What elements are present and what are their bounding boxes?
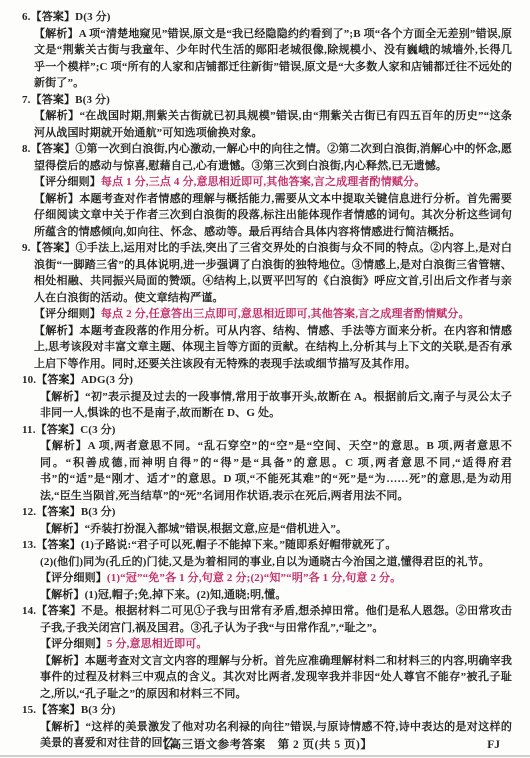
scan-bottom-edge <box>0 755 530 757</box>
answer-item-6: 6.【答案】D(3 分)【解析】A 项“清楚地窥见”错误,原文是“我已经隐隐约约… <box>22 9 512 92</box>
item-number: 12. <box>22 506 36 518</box>
block-text: (1)“冠”“免”各 1 分,句意 2 分;(2)“知”“明”各 1 分,句意 … <box>107 572 401 584</box>
block-text: ①手法上,运用对比的手法,突出了三省交界处的白浪街与众不同的特点。②内容上,是对… <box>34 242 512 304</box>
block-label: 【解析】 <box>34 28 79 40</box>
block-label: 【评分细则】 <box>34 308 101 320</box>
item-number: 10. <box>22 374 36 386</box>
block-text: B(3 分) <box>75 94 110 106</box>
item-number: 8. <box>22 143 31 155</box>
block-text: “乔装打扮混入都城”错误,根据文意,应是“借机进入”。 <box>85 523 348 535</box>
answer-line: 12.【答案】B(3 分) <box>40 504 512 521</box>
pingfen-line: 【评分细则】5 分,意思相近即可。 <box>40 636 512 653</box>
block-label: 【答案】 <box>31 94 76 106</box>
block-text: ①第一次到白浪街,内心激动,一解心中的向往之情。②第二次到白浪街,消解心中的怀念… <box>34 143 512 172</box>
item-number: 6. <box>22 11 31 23</box>
cont-line: (2)(他们)同为(孔丘的)门徒,又是为着相同的事业,自以为通晓古今治国之道,懂… <box>40 554 512 571</box>
block-label: 【答案】 <box>36 374 81 386</box>
jiexi-line: 【解析】本题考查对作者情感的理解与概括能力,需要从文本中提取关键信息进行分析。首… <box>34 191 512 241</box>
answer-line: 14.【答案】不是。根据材料二可见①子我与田常有矛盾,想杀掉田常。他们是私人恩怨… <box>40 603 512 636</box>
answer-line: 8.【答案】①第一次到白浪街,内心激动,一解心中的向往之情。②第二次到白浪街,消… <box>34 141 512 174</box>
block-text: “初”表示提及过去的一段事情,常用于故事开头,故断在 A。根据前后文,南子与灵公… <box>40 391 512 420</box>
block-text: C(3 分) <box>80 424 115 436</box>
block-label: 【解析】 <box>34 193 79 205</box>
block-label: 【评分细则】 <box>34 176 101 188</box>
scanned-answer-key-page: { "doc": { "title": "高三语文参考答案", "footer_… <box>0 0 530 758</box>
jiexi-line: 【解析】A 项,两者意思不同。“乱石穿空”的“空”是“空间、天空”的意思。B 项… <box>40 438 512 504</box>
block-text: 不是。根据材料二可见①子我与田常有矛盾,想杀掉田常。他们是私人恩怨。②田常攻击子… <box>40 605 512 634</box>
answer-item-10: 10.【答案】ADG(3 分)【解析】“初”表示提及过去的一段事情,常用于故事开… <box>22 372 512 422</box>
answer-items-container: 6.【答案】D(3 分)【解析】A 项“清楚地窥见”错误,原文是“我已经隐隐约约… <box>22 9 512 752</box>
block-text: 每点 1 分,三点 4 分,意思相近即可,其他答案,言之成理者酌情赋分。 <box>101 176 425 188</box>
answer-item-14: 14.【答案】不是。根据材料二可见①子我与田常有矛盾,想杀掉田常。他们是私人恩怨… <box>22 603 512 702</box>
block-text: B(3 分) <box>81 506 116 518</box>
jiexi-line: 【解析】(1)冠,帽子;免,掉下来。(2)知,通晓;明,懂。 <box>40 587 512 604</box>
pingfen-line: 【评分细则】每点 1 分,三点 4 分,意思相近即可,其他答案,言之成理者酌情赋… <box>34 174 512 191</box>
answer-line: 11.【答案】C(3 分) <box>40 422 512 439</box>
block-text: B(3 分) <box>81 704 116 716</box>
document-page: 6.【答案】D(3 分)【解析】A 项“清楚地窥见”错误,原文是“我已经隐隐约约… <box>0 0 530 758</box>
block-label: 【答案】 <box>36 506 81 518</box>
block-text: A 项,两者意思不同。“乱石穿空”的“空”是“空间、天空”的意思。B 项,两者意… <box>40 440 512 502</box>
answer-line: 13.【答案】(1)子路说:“君子可以死,帽子不能掉下来。”随即系好帽带就死了。 <box>40 537 512 554</box>
answer-item-7: 7.【答案】B(3 分)【解析】“在战国时期,荆紫关古街就已初具规模”错误,由“… <box>22 92 512 142</box>
block-text: A 项“清楚地窥见”错误,原文是“我已经隐隐约约看到了”;B 项“各个方面全无差… <box>34 28 512 90</box>
answer-line: 6.【答案】D(3 分) <box>34 9 512 26</box>
answer-line: 9.【答案】①手法上,运用对比的手法,突出了三省交界处的白浪街与众不同的特点。②… <box>34 240 512 306</box>
block-label: 【解析】 <box>34 325 80 337</box>
answer-item-11: 11.【答案】C(3 分)【解析】A 项,两者意思不同。“乱石穿空”的“空”是“… <box>22 422 512 505</box>
item-number: 9. <box>22 242 31 254</box>
block-text: 本题考查对作者情感的理解与概括能力,需要从文本中提取关键信息进行分析。首先需要仔… <box>34 193 512 238</box>
block-text: (1)冠,帽子;免,掉下来。(2)知,通晓;明,懂。 <box>85 589 287 601</box>
jiexi-line: 【解析】“初”表示提及过去的一段事情,常用于故事开头,故断在 A。根据前后文,南… <box>40 389 512 422</box>
block-label: 【答案】 <box>31 11 76 23</box>
jiexi-line: 【解析】“在战国时期,荆紫关古街就已初具规模”错误,由“荆紫关古街已有四五百年的… <box>34 108 512 141</box>
block-text: ADG(3 分) <box>81 374 133 386</box>
block-label: 【评分细则】 <box>40 638 107 650</box>
block-label: 【解析】 <box>40 391 85 403</box>
block-label: 【解析】 <box>40 440 88 452</box>
footer-title: 【高三语文参考答案 第 2 页(共 5 页)】 <box>0 736 530 754</box>
block-label: 【解析】 <box>40 523 85 535</box>
answer-item-9: 9.【答案】①手法上,运用对比的手法,突出了三省交界处的白浪街与众不同的特点。②… <box>22 240 512 372</box>
item-number: 13. <box>22 539 36 551</box>
pingfen-line: 【评分细则】每点 2 分,任意答出三点即可,意思相近即可,其他答案,言之成理者酌… <box>34 306 512 323</box>
block-label: 【解析】 <box>40 655 85 667</box>
block-text: “在战国时期,荆紫关古街就已初具规模”错误,由“荆紫关古街已有四五百年的历史”“… <box>34 110 512 139</box>
answer-line: 15.【答案】B(3 分) <box>40 702 512 719</box>
block-label: 【答案】 <box>36 539 81 551</box>
answer-line: 7.【答案】B(3 分) <box>34 92 512 109</box>
block-text: (2)(他们)同为(孔丘的)门徒,又是为着相同的事业,自以为通晓古今治国之道,懂… <box>40 556 490 568</box>
jiexi-line: 【解析】“乔装打扮混入都城”错误,根据文意,应是“借机进入”。 <box>40 521 512 538</box>
block-text: (1)子路说:“君子可以死,帽子不能掉下来。”随即系好帽带就死了。 <box>81 539 397 551</box>
item-number: 14. <box>22 605 36 617</box>
item-number: 15. <box>22 704 36 716</box>
jiexi-line: 【解析】A 项“清楚地窥见”错误,原文是“我已经隐隐约约看到了”;B 项“各个方… <box>34 26 512 92</box>
block-text: 每点 2 分,任意答出三点即可,意思相近即可,其他答案,言之成理者酌情赋分。 <box>101 308 470 320</box>
block-label: 【答案】 <box>31 242 76 254</box>
answer-line: 10.【答案】ADG(3 分) <box>40 372 512 389</box>
block-label: 【解析】 <box>40 589 85 601</box>
block-label: 【解析】 <box>40 721 85 733</box>
page-footer: 【高三语文参考答案 第 2 页(共 5 页)】 FJ <box>0 736 530 754</box>
block-text: 本题考查段落的作用分析。可从内容、结构、情感、手法等方面来分析。在内容和情感上,… <box>34 325 512 370</box>
block-label: 【答案】 <box>36 605 81 617</box>
block-label: 【答案】 <box>31 143 76 155</box>
jiexi-line: 【解析】本题考查段落的作用分析。可从内容、结构、情感、手法等方面来分析。在内容和… <box>34 323 512 373</box>
footer-code: FJ <box>487 736 500 754</box>
block-label: 【解析】 <box>34 110 79 122</box>
block-text: D(3 分) <box>75 11 110 23</box>
block-label: 【答案】 <box>36 704 81 716</box>
item-number: 11. <box>22 424 36 436</box>
answer-item-8: 8.【答案】①第一次到白浪街,内心激动,一解心中的向往之情。②第二次到白浪街,消… <box>22 141 512 240</box>
block-label: 【答案】 <box>36 424 81 436</box>
block-text: 5 分,意思相近即可。 <box>107 638 208 650</box>
block-text: 本题考查对文言文内容的理解与分析。首先应准确理解材料二和材料三的内容,明确宰我事… <box>40 655 512 700</box>
pingfen-line: 【评分细则】(1)“冠”“免”各 1 分,句意 2 分;(2)“知”“明”各 1… <box>40 570 512 587</box>
block-label: 【评分细则】 <box>40 572 107 584</box>
jiexi-line: 【解析】本题考查对文言文内容的理解与分析。首先应准确理解材料二和材料三的内容,明… <box>40 653 512 703</box>
item-number: 7. <box>22 94 31 106</box>
answer-item-13: 13.【答案】(1)子路说:“君子可以死,帽子不能掉下来。”随即系好帽带就死了。… <box>22 537 512 603</box>
answer-item-12: 12.【答案】B(3 分)【解析】“乔装打扮混入都城”错误,根据文意,应是“借机… <box>22 504 512 537</box>
